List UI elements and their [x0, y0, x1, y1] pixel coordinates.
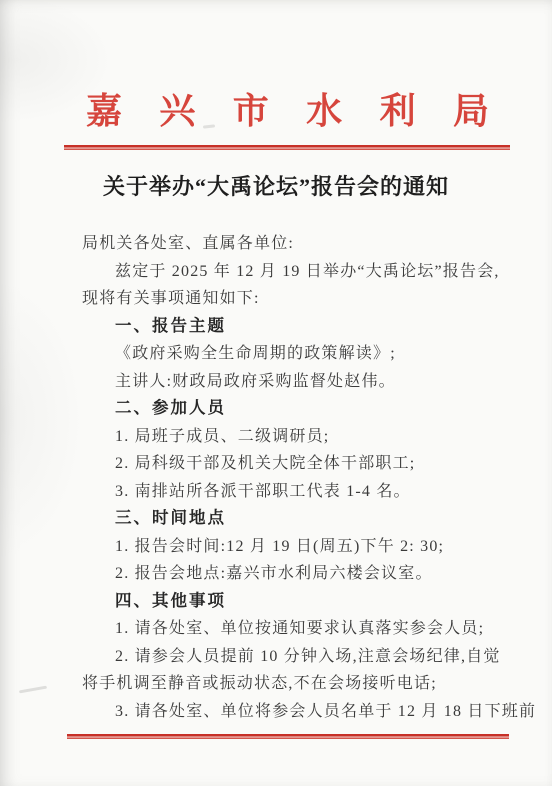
notice-title: 关于举办“大禹论坛”报告会的通知 [0, 172, 552, 202]
body-line: 3. 请各处室、单位将参会人员名单于 12 月 18 日下班前 [82, 698, 502, 726]
body-line: 2. 报告会地点:嘉兴市水利局六楼会议室。 [82, 560, 502, 588]
body-line: 四、其他事项 [82, 588, 502, 616]
scanned-notice-page: 嘉兴市水利局 关于举办“大禹论坛”报告会的通知 局机关各处室、直属各单位:兹定于… [0, 0, 552, 786]
body-line: 将手机调至静音或振动状态,不在会场接听电话; [82, 670, 502, 698]
agency-char: 水 [306, 93, 342, 129]
agency-letterhead: 嘉兴市水利局 [86, 93, 489, 129]
body-line: 《政府采购全生命周期的政策解读》; [82, 340, 502, 368]
body-line: 2. 局科级干部及机关大院全体干部职工; [82, 450, 502, 478]
body-line: 主讲人:财政局政府采购监督处赵伟。 [82, 368, 502, 396]
body-line: 现将有关事项通知如下: [82, 285, 502, 313]
body-line: 一、报告主题 [82, 313, 502, 341]
body-line: 三、时间地点 [82, 505, 502, 533]
footer-rule [67, 734, 509, 740]
agency-char: 利 [380, 93, 416, 129]
scan-smudge [19, 686, 47, 694]
body-line: 2. 请参会人员提前 10 分钟入场,注意会场纪律,自觉 [82, 643, 502, 671]
body-line: 二、参加人员 [82, 395, 502, 423]
body-line: 1. 请各处室、单位按通知要求认真落实参会人员; [82, 615, 502, 643]
body-line: 局机关各处室、直属各单位: [82, 230, 502, 258]
body-line: 兹定于 2025 年 12 月 19 日举办“大禹论坛”报告会, [82, 258, 502, 286]
body-line: 1. 局班子成员、二级调研员; [82, 423, 502, 451]
agency-char: 市 [233, 93, 269, 129]
letterhead-rule [64, 145, 510, 151]
agency-char: 兴 [159, 93, 195, 129]
agency-char: 局 [453, 93, 489, 129]
body-line: 3. 南排站所各派干部职工代表 1-4 名。 [82, 478, 502, 506]
notice-body: 局机关各处室、直属各单位:兹定于 2025 年 12 月 19 日举办“大禹论坛… [82, 230, 502, 725]
agency-char: 嘉 [86, 93, 122, 129]
body-line: 1. 报告会时间:12 月 19 日(周五)下午 2: 30; [82, 533, 502, 561]
